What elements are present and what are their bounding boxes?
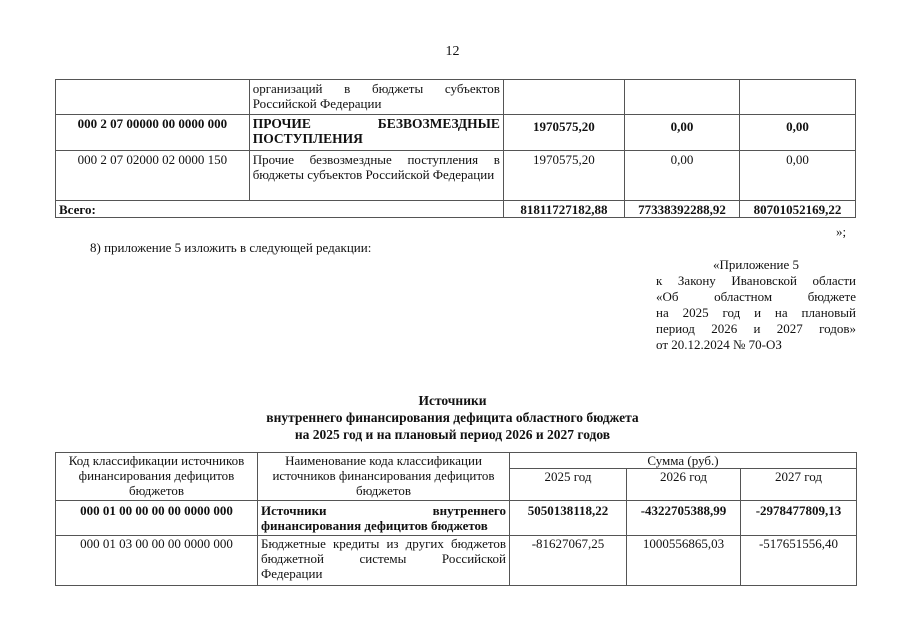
total-row: Всего: 81811727182,88 77338392288,92 807… (56, 201, 856, 218)
appendix-line: на 2025 год и на плановый (656, 305, 856, 321)
amount-2026-cell (624, 80, 739, 115)
code-cell (56, 80, 250, 115)
title-line: на 2025 год и на плановый период 2026 и … (0, 426, 905, 443)
appendix-line: «Об областном бюджете (656, 289, 856, 305)
closing-quote: »; (836, 224, 846, 240)
amount-2026-cell: 0,00 (624, 151, 739, 201)
page-number: 12 (0, 44, 905, 60)
amendment-instruction: 8) приложение 5 изложить в следующей ред… (90, 240, 371, 256)
table-row: организаций в бюджеты субъектов Российск… (56, 80, 856, 115)
section-title: Источники внутреннего финансирования деф… (0, 392, 905, 443)
name-cell: Прочие безвозмездные поступления в бюдже… (249, 151, 503, 201)
table-row: 000 01 03 00 00 00 0000 000 Бюджетные кр… (56, 536, 857, 586)
amount-2026-cell: 0,00 (624, 115, 739, 151)
header-2025: 2025 год (510, 469, 627, 501)
title-line: внутреннего финансирования дефицита обла… (0, 409, 905, 426)
table-row: 000 01 00 00 00 00 0000 000 Источники вн… (56, 501, 857, 536)
amount-2027-cell: -517651556,40 (741, 536, 857, 586)
table-row: 000 2 07 02000 02 0000 150 Прочие безвоз… (56, 151, 856, 201)
header-code: Код классификации источников финансирова… (56, 453, 258, 501)
header-2026: 2026 год (627, 469, 741, 501)
name-cell: Бюджетные кредиты из других бюджетов бюд… (258, 536, 510, 586)
total-label: Всего: (56, 201, 504, 218)
name-cell: ПРОЧИЕ БЕЗВОЗМЕЗДНЫЕ ПОСТУПЛЕНИЯ (249, 115, 503, 151)
header-name: Наименование кода классификации источник… (258, 453, 510, 501)
amount-2025-cell: 1970575,20 (503, 151, 624, 201)
header-sum: Сумма (руб.) (510, 453, 857, 469)
header-row: Код классификации источников финансирова… (56, 453, 857, 469)
appendix-line: период 2026 и 2027 годов» (656, 321, 856, 337)
amount-2027-cell: 0,00 (739, 115, 855, 151)
revenue-table-continuation: организаций в бюджеты субъектов Российск… (55, 79, 856, 218)
code-cell: 000 01 00 00 00 00 0000 000 (56, 501, 258, 536)
appendix-line: от 20.12.2024 № 70-ОЗ (656, 337, 856, 353)
amount-2025-cell (503, 80, 624, 115)
code-cell: 000 01 03 00 00 00 0000 000 (56, 536, 258, 586)
total-2027: 80701052169,22 (739, 201, 855, 218)
amount-2026-cell: -4322705388,99 (627, 501, 741, 536)
name-cell: Источники внутреннего финансирования деф… (258, 501, 510, 536)
financing-sources-table: Код классификации источников финансирова… (55, 452, 857, 586)
table-row: 000 2 07 00000 00 0000 000 ПРОЧИЕ БЕЗВОЗ… (56, 115, 856, 151)
amount-2027-cell (739, 80, 855, 115)
amount-2027-cell: 0,00 (739, 151, 855, 201)
name-cell: организаций в бюджеты субъектов Российск… (249, 80, 503, 115)
amount-2027-cell: -2978477809,13 (741, 501, 857, 536)
amount-2026-cell: 1000556865,03 (627, 536, 741, 586)
code-cell: 000 2 07 02000 02 0000 150 (56, 151, 250, 201)
header-2027: 2027 год (741, 469, 857, 501)
amount-2025-cell: 5050138118,22 (510, 501, 627, 536)
code-cell: 000 2 07 00000 00 0000 000 (56, 115, 250, 151)
total-2025: 81811727182,88 (503, 201, 624, 218)
appendix-line: «Приложение 5 (656, 257, 856, 273)
appendix-header: «Приложение 5 к Закону Ивановской област… (656, 257, 856, 353)
amount-2025-cell: 1970575,20 (503, 115, 624, 151)
total-2026: 77338392288,92 (624, 201, 739, 218)
title-line: Источники (0, 392, 905, 409)
appendix-line: к Закону Ивановской области (656, 273, 856, 289)
amount-2025-cell: -81627067,25 (510, 536, 627, 586)
